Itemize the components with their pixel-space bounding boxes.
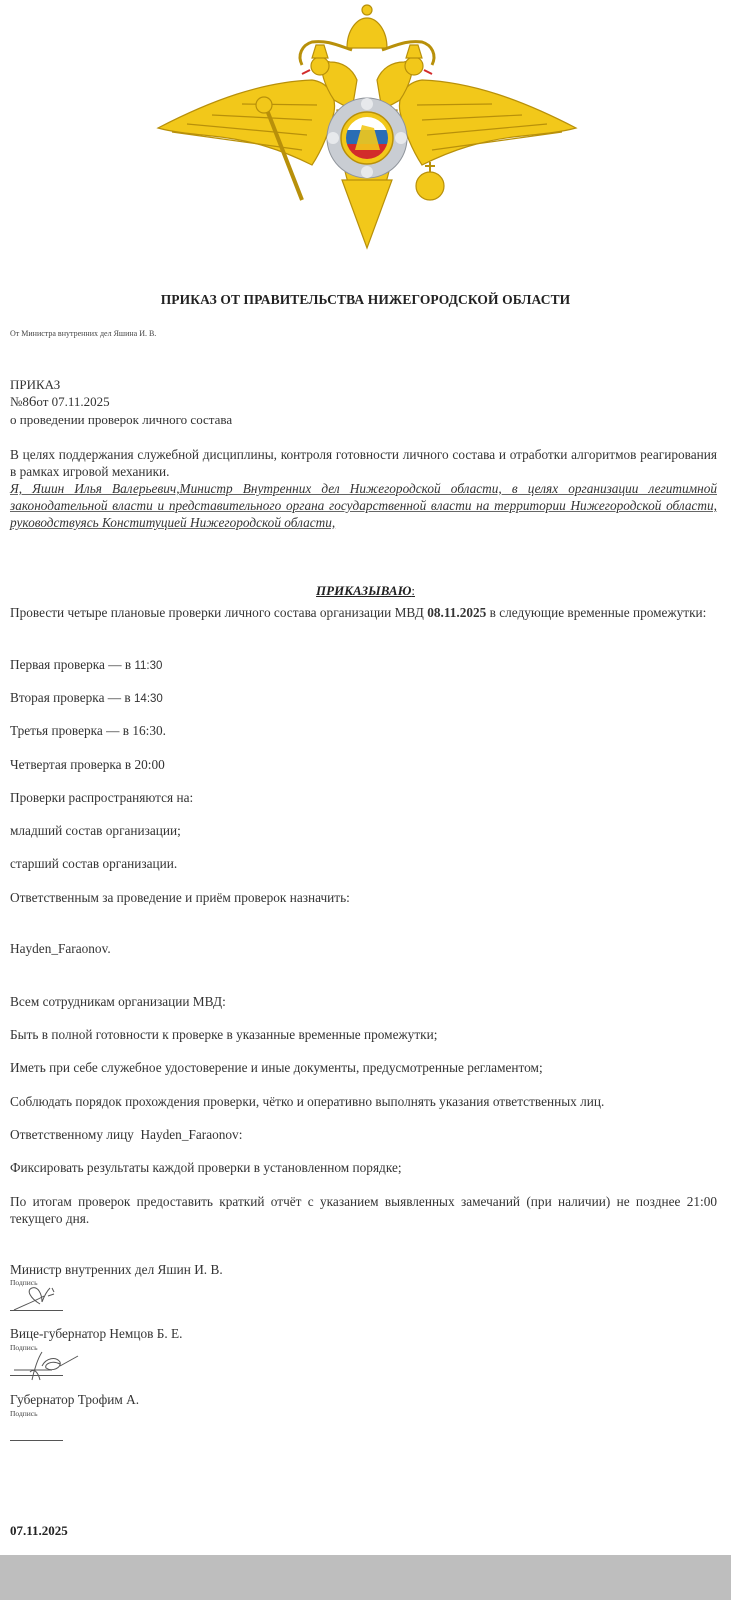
intro-plain: В целях поддержания служебной дисциплины…: [10, 446, 717, 480]
order-date: от 07.11.2025: [36, 394, 109, 409]
scope-item: старший состав организации.: [10, 855, 177, 872]
check-time: 11:30: [134, 660, 162, 672]
mvd-eagle-emblem-icon: [152, 0, 582, 252]
document-title: ПРИКАЗ ОТ ПРАВИТЕЛЬСТВА НИЖЕГОРОДСКОЙ ОБ…: [0, 292, 731, 308]
intro-italic: Я, Яшин Илья Валерьевич,Министр Внутренн…: [10, 480, 717, 531]
instruction-date: 08.11.2025: [427, 605, 486, 620]
signature-nemtsov-icon: [12, 1350, 82, 1384]
scope-heading: Проверки распространяются на:: [10, 789, 193, 806]
staff-item: Соблюдать порядок прохождения проверки, …: [10, 1093, 604, 1110]
check-item: Первая проверка — в 11:30: [10, 656, 162, 675]
order-heading: ПРИКАЗ: [10, 376, 232, 393]
check-label: Первая проверка — в: [10, 657, 131, 672]
responsible-heading: Ответственным за проведение и приём пров…: [10, 889, 350, 906]
order-subject: о проведении проверок личного состава: [10, 411, 232, 428]
check-time: 16:30.: [132, 723, 166, 738]
scope-item: младший состав организации;: [10, 822, 181, 839]
order-number: №86от 07.11.2025: [10, 393, 232, 411]
order-word: ПРИКАЗЫВАЮ: [316, 583, 411, 598]
footer-bar: [0, 1555, 731, 1600]
intro-paragraph: В целях поддержания служебной дисциплины…: [10, 446, 717, 531]
main-instruction: Провести четыре плановые проверки личног…: [10, 604, 717, 621]
order-number-prefix: №8: [10, 394, 29, 409]
instruction-text: Провести четыре плановые проверки личног…: [10, 605, 427, 620]
check-label: Вторая проверка — в: [10, 690, 131, 705]
check-item: Третья проверка — в 16:30.: [10, 722, 166, 739]
responsible-person-heading: Ответственному лицу Hayden_Faraonov:: [10, 1126, 242, 1143]
instruction-text-end: в следующие временные промежутки:: [486, 605, 706, 620]
order-word-suffix: :: [411, 583, 415, 598]
signature-line: [10, 1440, 63, 1441]
signatory-name: Вице-губернатор Немцов Б. Е.: [10, 1325, 182, 1342]
check-time: 14:30: [134, 693, 163, 705]
staff-item: Иметь при себе служебное удостоверение и…: [10, 1059, 543, 1076]
check-item: Вторая проверка — в 14:30: [10, 689, 163, 708]
signature-line: [10, 1375, 63, 1376]
responsible-name: Hayden_Faraonov.: [10, 940, 111, 957]
signature-yashin-icon: [12, 1284, 62, 1312]
check-time: 20:00: [135, 757, 165, 772]
final-date: 07.11.2025: [10, 1523, 68, 1539]
signatory-name: Министр внутренних дел Яшин И. В.: [10, 1261, 223, 1278]
staff-item: Быть в полной готовности к проверке в ук…: [10, 1026, 437, 1043]
responsible-item: По итогам проверок предоставить краткий …: [10, 1193, 717, 1227]
staff-heading: Всем сотрудникам организации МВД:: [10, 993, 226, 1010]
order-header: ПРИКАЗ №86от 07.11.2025 о проведении про…: [10, 376, 232, 428]
signature-line: [10, 1310, 63, 1311]
responsible-item: Фиксировать результаты каждой проверки в…: [10, 1159, 402, 1176]
document-from: От Министра внутренних дел Яшина И. В.: [10, 329, 156, 338]
order-word-heading: ПРИКАЗЫВАЮ:: [0, 583, 731, 599]
signatory-name: Губернатор Трофим А.: [10, 1391, 139, 1408]
signature-label: Подпись: [10, 1409, 38, 1418]
check-item: Четвертая проверка в 20:00: [10, 756, 165, 773]
check-label: Четвертая проверка в: [10, 757, 131, 772]
check-label: Третья проверка — в: [10, 723, 129, 738]
